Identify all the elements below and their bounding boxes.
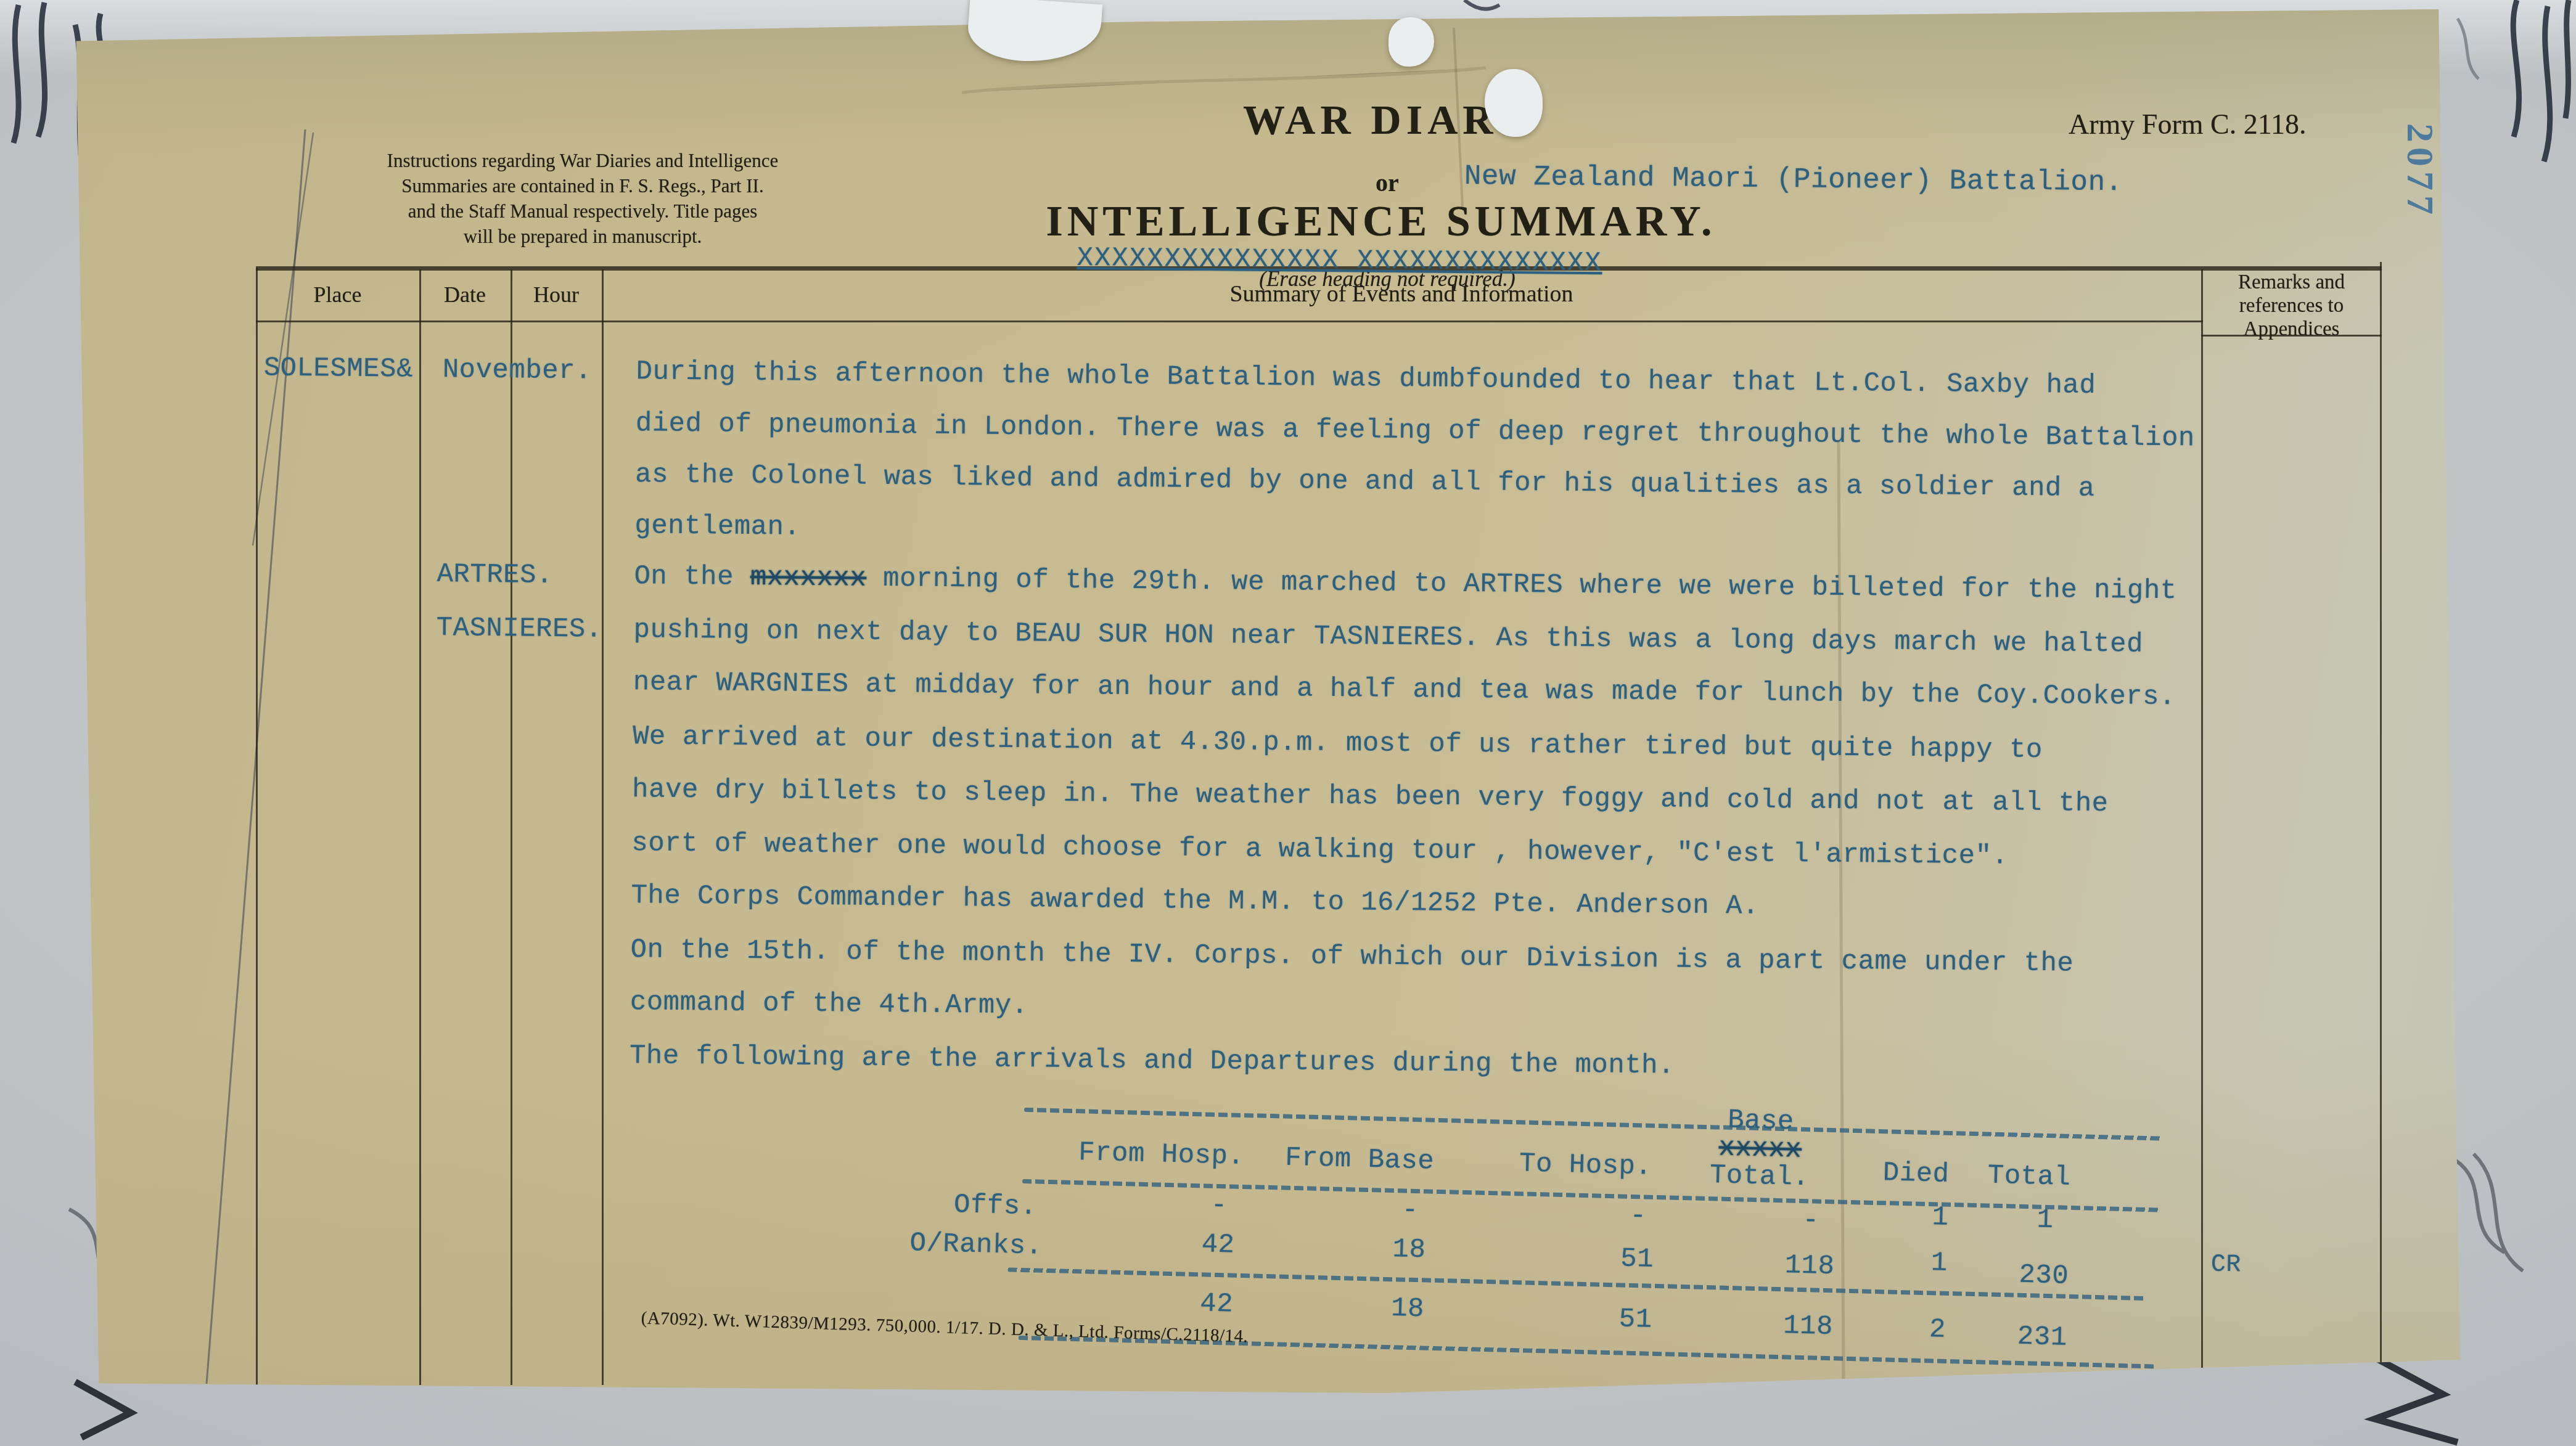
place-entry: ARTRES. [437,559,553,591]
stat-col-header: Total [1987,1161,2071,1193]
stat-col-header: Died [1882,1158,1950,1190]
diary-line: pushing on next day to BEAU SUR HON near… [633,615,2143,660]
diary-line: The Corps Commander has awarded the M.M.… [631,880,1759,922]
stat-cell: 230 [1994,1259,2093,1293]
pen-scribble-bottom-right-corner [2363,1351,2458,1442]
diary-line: command of the 4th.Army. [630,987,1028,1021]
stat-row-label: O/Ranks. [909,1228,1043,1262]
stat-cell: 42 [1168,1228,1268,1262]
diary-line: We arrived at our destination at 4.30.p.… [633,721,2043,766]
typed-layer: New Zealand Maori (Pioneer) Battalion. X… [58,4,2463,1410]
diary-line: On the 15th. of the month the IV. Corps.… [630,934,2074,979]
stat-cell: 18 [1358,1293,1457,1326]
stat-cell: 42 [1167,1288,1266,1321]
stat-cell: 118 [1760,1249,1859,1283]
diary-line: The following are the arrivals and Depar… [630,1040,1675,1081]
struck-out-heading: XXXXXXXXXXXXXXX XXXXXXXXXXXXXX [1077,243,1602,279]
stat-row-label: Offs. [953,1190,1037,1222]
diary-line: as the Colonel was liked and admired by … [635,459,2095,504]
stat-cell: 51 [1586,1303,1685,1336]
stat-cell: 118 [1758,1310,1858,1343]
initials-mark: CR [2211,1251,2241,1279]
war-diary-page: Instructions regarding War Diaries and I… [68,9,2460,1393]
stat-cell: 18 [1360,1233,1459,1267]
stat-cell: 1 [1995,1204,2094,1237]
place-entry: SOLESMES& [264,353,414,385]
base-total-over: Base [1692,1106,1829,1137]
pencil-mark-top-right [2458,18,2479,79]
photo-background: Instructions regarding War Diaries and I… [0,0,2576,1446]
date-entry: November. [443,354,593,386]
pen-scribble-top-right [2513,0,2569,161]
diary-line: near WARGNIES at midday for an hour and … [633,667,2176,713]
stat-cell: 1 [1890,1201,1990,1235]
diary-line: died of pneumonia in London. There was a… [636,408,2195,454]
stat-col-header: From Base [1285,1143,1435,1177]
dashed-rule [1024,1108,2162,1141]
march-post: morning of the 29th. we marched to ARTRE… [866,563,2177,607]
stat-cell: 1 [1890,1247,1989,1280]
stat-cell: 231 [1993,1321,2092,1354]
unit-name: New Zealand Maori (Pioneer) Battalion. [1464,160,2123,198]
stat-col-header: To Hosp. [1519,1148,1652,1182]
diary-line: have dry billets to sleep in. The weathe… [632,774,2109,819]
stat-cell: 2 [1888,1313,1987,1347]
stat-cell: 51 [1588,1243,1687,1276]
pencil-scribble-bottom-right [2455,1154,2523,1271]
punch-hole [1485,69,1543,137]
stat-cell: - [1170,1189,1269,1222]
diary-line: sort of weather one would choose for a w… [631,828,2008,872]
diary-line: gentleman. [634,510,801,543]
stat-cell: - [1361,1194,1460,1227]
base-total-main: Total. [1691,1161,1827,1193]
diary-line: During this afternoon the whole Battalio… [636,356,2096,401]
pen-mark-top-center [1464,0,1499,9]
stat-cell: - [1588,1199,1688,1233]
stat-col-header: From Hosp. [1078,1137,1245,1172]
overstruck-word: mxxxxxx [750,562,867,594]
stat-col-header-base-total: Base xxxxx Total. [1691,1106,1829,1193]
place-entry: TASNIERES. [436,613,602,645]
diary-line-with-strikeout: On the mxxxxxx morning of the 29th. we m… [634,561,2177,607]
march-pre: On the [634,561,750,593]
stat-cell: - [1761,1204,1860,1237]
pen-scribble-bottom-left-corner [75,1382,131,1437]
